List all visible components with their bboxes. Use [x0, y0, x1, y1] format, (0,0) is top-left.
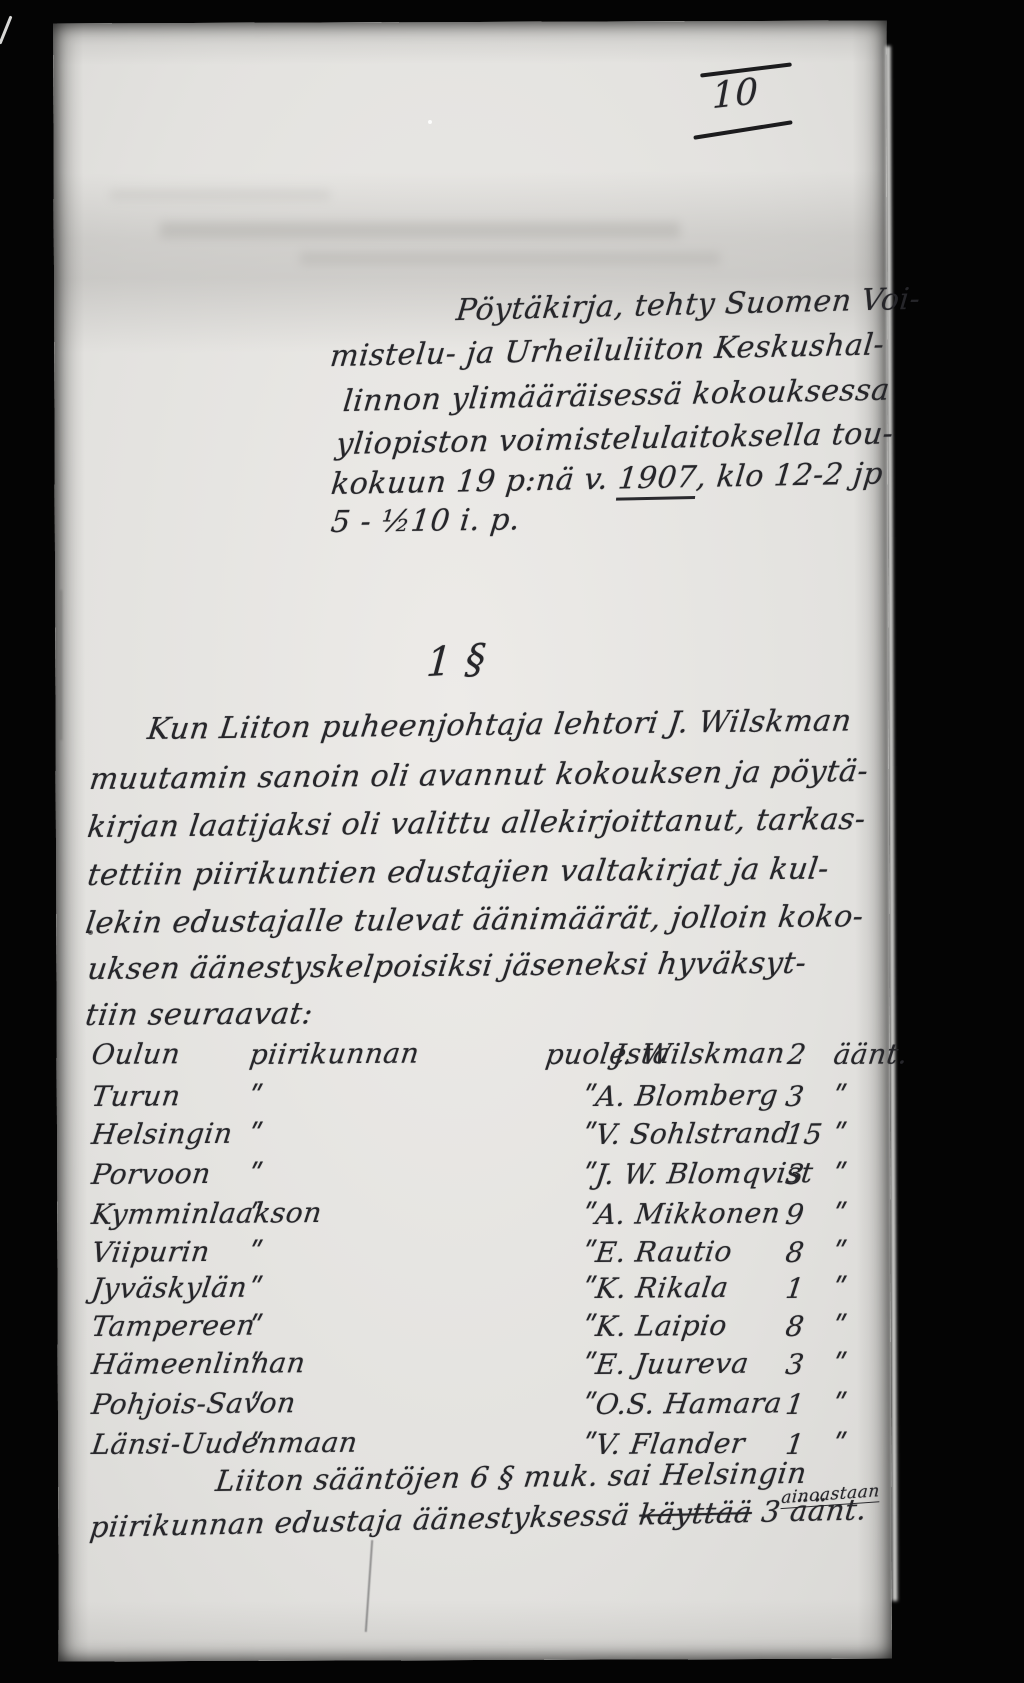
- district-name: Oulun: [90, 1037, 183, 1071]
- attendee-row: Helsingin ʺ ʺ V. Sohlstrand 15 ʺ: [0, 1118, 1024, 1158]
- district-name: Länsi-Uudenmaan: [90, 1426, 360, 1461]
- ditto-mark: ʺ: [832, 1198, 850, 1231]
- ditto-mark: ʺ: [248, 1310, 266, 1343]
- vote-count: 1: [784, 1388, 807, 1421]
- vote-count: 8: [784, 1310, 807, 1343]
- vote-count: 3: [784, 1080, 807, 1113]
- ditto-mark: ʺ: [248, 1080, 266, 1113]
- closing-line-2-post: 3 äänt.: [750, 1492, 869, 1529]
- attendee-row: Oulun piirikunnan puolesta J. Wilskman 2…: [0, 1038, 1024, 1078]
- attendee-row: Kymminlaakson ʺ ʺ A. Mikkonen 9 ʺ: [0, 1198, 1024, 1238]
- scanned-document-frame: 10 Pöytäkirja, tehty Suomen Voi- mistelu…: [0, 0, 1024, 1683]
- ditto-mark: ʺ: [248, 1158, 266, 1191]
- attendee-row: Porvoon ʺ ʺ J. W. Blomqvist 3 ʺ: [0, 1158, 1024, 1198]
- district-name: Jyväskylän: [90, 1271, 250, 1305]
- body-line-5: lekin edustajalle tulevat äänimäärät, jo…: [83, 899, 865, 941]
- ditto-mark: ʺ: [248, 1236, 266, 1269]
- ditto-mark: ʺ: [832, 1236, 850, 1269]
- vote-count: 1: [784, 1272, 807, 1305]
- ditto-mark: ʺ: [832, 1310, 850, 1343]
- delegate-name: J. W. Blomqvist: [594, 1156, 816, 1191]
- corner-mark: [0, 16, 13, 45]
- ditto-mark: ʺ: [248, 1118, 266, 1151]
- delegate-name: E. Rautio: [594, 1235, 735, 1269]
- showthrough-smudge: [300, 252, 720, 265]
- delegate-name: K. Laipio: [594, 1309, 730, 1343]
- heading-line-6: 5 - ½10 i. p.: [329, 502, 522, 540]
- district-name: Kymminlaakson: [90, 1196, 324, 1231]
- heading-date-post: , klo 12-2 jp: [695, 456, 885, 495]
- ditto-mark: ʺ: [832, 1080, 850, 1113]
- paper-speck: [428, 120, 432, 124]
- page-number: 10: [712, 71, 759, 117]
- district-name: Porvoon: [90, 1157, 213, 1191]
- body-line-4: tettiin piirikuntien edustajien valtakir…: [85, 852, 831, 894]
- delegate-name: A. Blomberg: [594, 1078, 781, 1113]
- body-line-6: uksen äänestyskelpoisiksi jäseneksi hyvä…: [85, 946, 808, 987]
- vote-count: 8: [784, 1236, 807, 1269]
- vote-count: 3: [784, 1348, 807, 1381]
- ditto-mark: ʺ: [832, 1158, 850, 1191]
- delegate-name: K. Rikala: [594, 1271, 731, 1305]
- delegate-name: V. Sohlstrand: [594, 1116, 793, 1151]
- attendee-row: Hämeenlinnan ʺ ʺ E. Juureva 3 ʺ: [0, 1348, 1024, 1388]
- ditto-mark: ʺ: [832, 1428, 850, 1461]
- district-name: Turun: [90, 1079, 183, 1113]
- attendee-row: Pohjois-Savon ʺ ʺ O.S. Hamara 1 ʺ: [0, 1388, 1024, 1428]
- district-name: Viipurin: [90, 1235, 212, 1269]
- delegate-name: O.S. Hamara: [594, 1386, 784, 1421]
- delegate-name: V. Flander: [594, 1427, 747, 1461]
- heading-date-pre: kokuun 19 p:nä v.: [329, 461, 620, 502]
- body-line-7: tiin seuraavat:: [83, 996, 315, 1033]
- heading-year-underlined: 1907: [616, 460, 698, 501]
- vote-count: 9: [784, 1198, 807, 1231]
- showthrough-smudge: [160, 222, 680, 238]
- ditto-mark: ʺ: [832, 1118, 850, 1151]
- vote-count: 15: [784, 1118, 825, 1151]
- delegate-name: J. Wilskman: [612, 1037, 788, 1072]
- attendee-row: Jyväskylän ʺ ʺ K. Rikala 1 ʺ: [0, 1272, 1024, 1312]
- ditto-mark: ʺ: [832, 1348, 850, 1381]
- district-name: Helsingin: [90, 1117, 235, 1151]
- attendee-row: Turun ʺ ʺ A. Blomberg 3 ʺ: [0, 1080, 1024, 1120]
- district-name: Hämeenlinnan: [90, 1346, 308, 1381]
- attendee-row: Tampereen ʺ ʺ K. Laipio 8 ʺ: [0, 1310, 1024, 1350]
- ditto-mark: ʺ: [832, 1272, 850, 1305]
- district-name: Pohjois-Savon: [90, 1386, 298, 1421]
- struck-word: käyttää: [637, 1495, 754, 1532]
- district-qualifier: piirikunnan: [248, 1037, 422, 1072]
- delegate-name: E. Juureva: [594, 1347, 751, 1381]
- district-name: Tampereen: [90, 1309, 258, 1343]
- delegate-name: A. Mikkonen: [594, 1196, 783, 1231]
- section-mark: 1 §: [425, 636, 488, 687]
- attendee-row: Viipurin ʺ ʺ E. Rautio 8 ʺ: [0, 1236, 1024, 1276]
- page-crease: [60, 590, 62, 740]
- ditto-mark: ʺ: [248, 1272, 266, 1305]
- ditto-mark: ʺ: [832, 1388, 850, 1421]
- vote-unit: äänt.: [832, 1037, 910, 1071]
- vote-count: 2: [786, 1038, 809, 1071]
- showthrough-smudge: [110, 190, 330, 200]
